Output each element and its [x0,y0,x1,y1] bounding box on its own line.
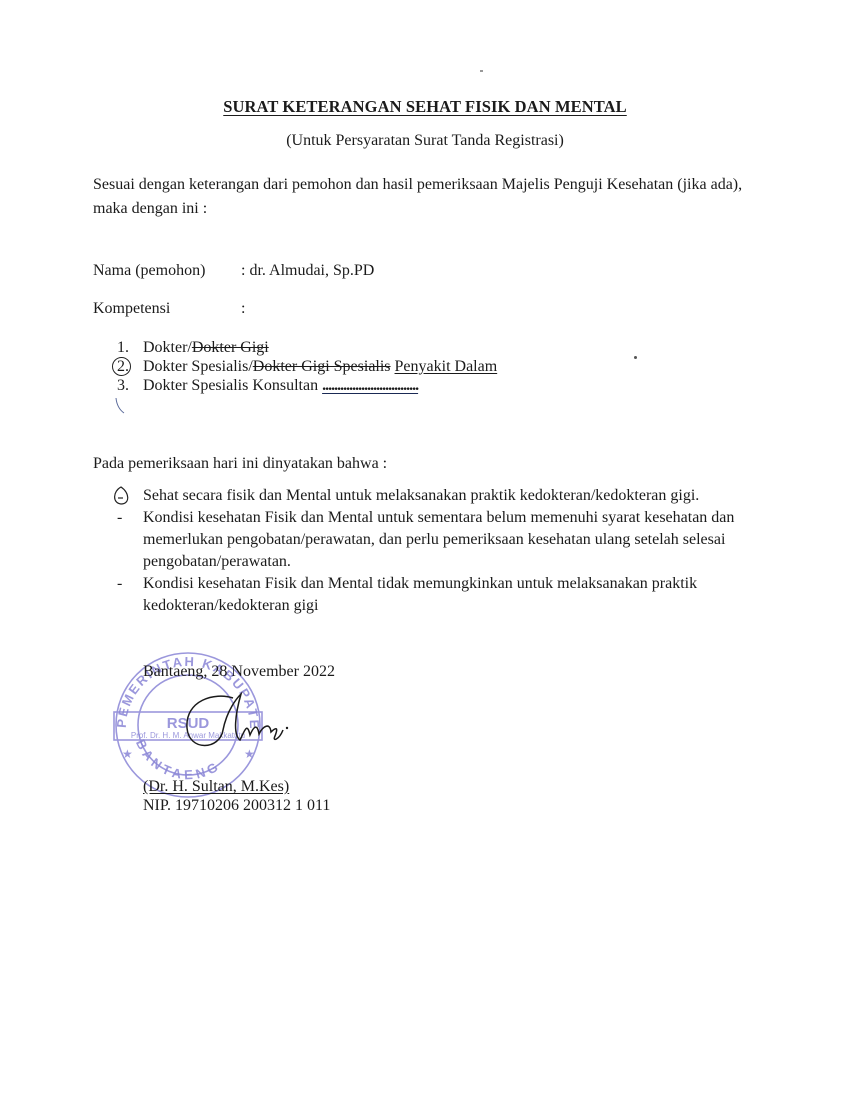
struck-text: Dokter Gigi [192,339,269,356]
svg-text:★: ★ [122,747,133,761]
competence-item-3: 3.Dokter Spesialis Konsultan ...........… [117,377,418,395]
competence-item-1: 1.Dokter/Dokter Gigi [117,339,269,357]
item-number: 3. [117,377,143,395]
item-text: Dokter Spesialis Konsultan [143,377,322,394]
competence-item-2: 2.Dokter Spesialis/Dokter Gigi Spesialis… [117,358,497,376]
intro-paragraph: Sesuai dengan keterangan dari pemohon da… [93,173,758,221]
pen-tick-mark [112,396,128,416]
statement-text: Kondisi kesehatan Fisik dan Mental tidak… [143,573,763,617]
struck-text: Dokter Gigi Spesialis [253,358,391,375]
place-date: Bantaeng, 28 November 2022 [143,663,335,681]
bullet: - [117,573,122,595]
bullet: - [117,507,122,529]
competence-colon: : [241,300,245,318]
handwritten-signature [175,690,305,760]
competence-label: Kompetensi [93,300,170,318]
scan-speck [634,356,637,359]
item-text: Dokter/ [143,339,192,356]
exam-intro: Pada pemeriksaan hari ini dinyatakan bah… [93,455,387,473]
signatory-name: (Dr. H. Sultan, M.Kes) [143,778,289,796]
signatory-nip: NIP. 19710206 200312 1 011 [143,797,330,815]
scan-speck [480,70,483,72]
selection-circle-mark [109,485,133,507]
name-label: Nama (pemohon) [93,262,205,280]
statement-item-2: - Kondisi kesehatan Fisik dan Mental unt… [117,507,757,573]
specialty-text: Penyakit Dalam [395,358,498,375]
item-text: Dokter Spesialis/ [143,358,253,375]
statement-item-3: - Kondisi kesehatan Fisik dan Mental tid… [117,573,757,617]
item-number: 2. [117,358,143,376]
name-value: : dr. Almudai, Sp.PD [241,262,374,280]
item-number: 1. [117,339,143,357]
statement-text: Sehat secara fisik dan Mental untuk mela… [143,485,763,507]
document-title: SURAT KETERANGAN SEHAT FISIK DAN MENTAL [0,97,850,117]
statement-item-1: Sehat secara fisik dan Mental untuk mela… [117,485,757,507]
statement-list: Sehat secara fisik dan Mental untuk mela… [117,485,757,615]
blank-line: ................................ [322,377,418,394]
document-subtitle: (Untuk Persyaratan Surat Tanda Registras… [0,132,850,150]
statement-text: Kondisi kesehatan Fisik dan Mental untuk… [143,507,763,573]
